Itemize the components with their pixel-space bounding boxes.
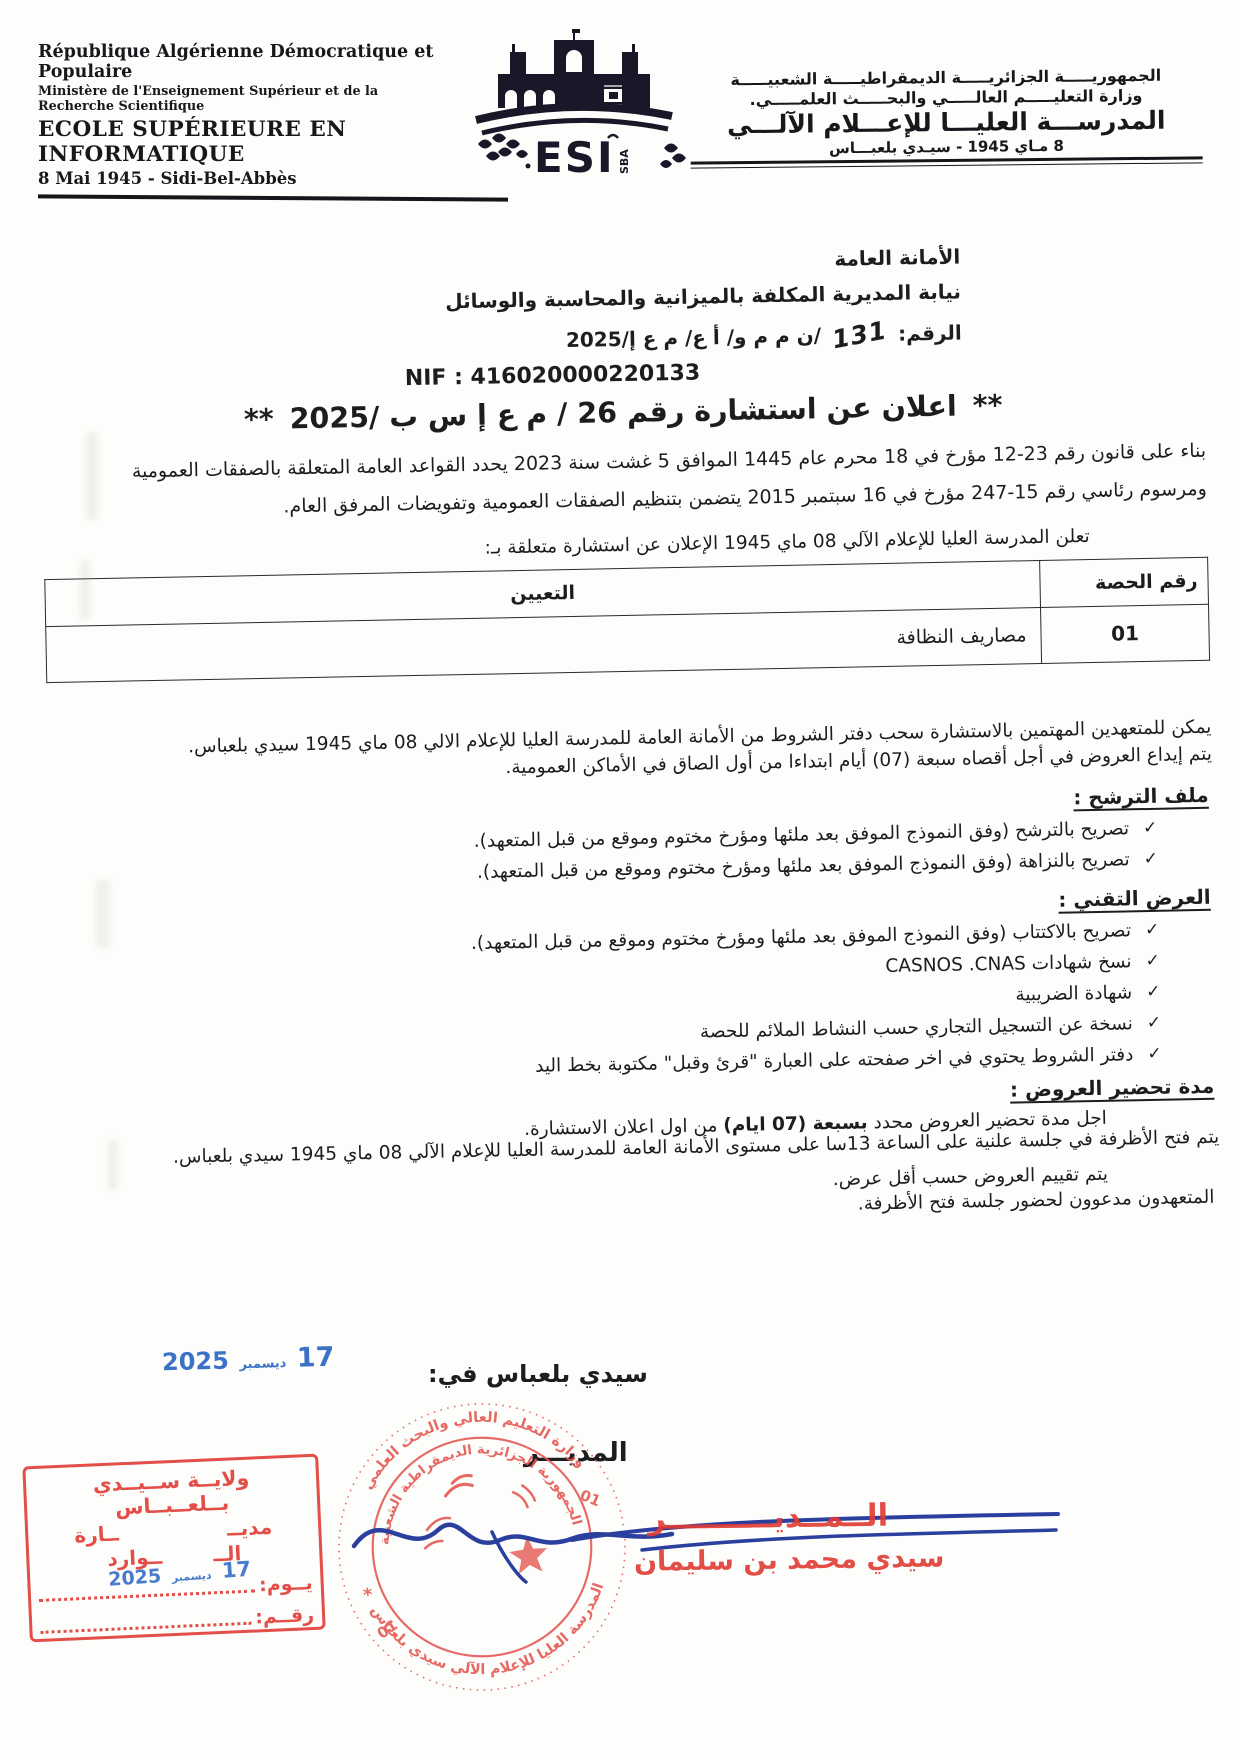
scan-noise [96, 880, 110, 948]
esi-sba-label: SBA [618, 149, 631, 174]
svg-text:المدرسة العليا للإعلام الآلي س: المدرسة العليا للإعلام الآلي سيدي بلعباس [367, 1579, 616, 1690]
check-icon: ✓ [1145, 951, 1160, 971]
check-icon: ✓ [1147, 1013, 1162, 1033]
header-divider-right [691, 156, 1203, 168]
stamp-ring-bottom-text: المدرسة العليا للإعلام الآلي سيدي بلعباس [367, 1579, 616, 1690]
prep-line1-bold: بسبعة (07 ايام) [723, 1112, 868, 1136]
director-stamp-title: الــمــديــــــــــر [648, 1495, 1078, 1537]
arrival-stamp-day-row: يــوم: 17 ديسمبر 2025 [38, 1572, 313, 1606]
technical-item-4: نسخة عن التسجيل التجاري حسب النشاط الملا… [700, 1013, 1133, 1042]
scan-noise [86, 432, 98, 520]
technical-item-5: دفتر الشروط يحتوي في اخر صفحته على العبا… [535, 1044, 1134, 1076]
legal-intro: بناء على قانون رقم 23-12 مؤرخ في 18 محرم… [42, 432, 1207, 530]
esi-logo: ESI SBA [458, 26, 690, 178]
wilaya-arrival-stamp: ولايــة ســيــدي بــلعــبــاس مديــ ــار… [22, 1454, 325, 1643]
arrival-date-month: ديسمبر [167, 1568, 215, 1584]
arrival-date-day: 17 [221, 1557, 252, 1583]
number-label: رقــم: [255, 1604, 315, 1629]
school-name-ar: المدرســـة العليـــا للإعـــلام الآلـــي [690, 105, 1202, 139]
title-text: اعلان عن استشارة رقم 26 / م ع إ س ب /202… [289, 389, 957, 435]
arrival-date-year: 2025 [108, 1565, 162, 1591]
check-icon: ✓ [1146, 982, 1161, 1002]
arrival-stamp-number-row: رقــم: [40, 1604, 315, 1638]
check-icon: ✓ [1143, 849, 1158, 869]
republic-line-fr: République Algérienne Démocratique et Po… [38, 42, 458, 82]
lots-table: رقم الحصة التعيين 01 مصاريف النظافة [44, 557, 1210, 683]
place-date-label: سيدي بلعباس في: [428, 1360, 648, 1388]
school-city-fr: 8 Mai 1945 - Sidi-Bel-Abbès [38, 169, 458, 188]
candidacy-item-1: تصريح بالترشح (وفق النموذج الموفق بعد مل… [474, 818, 1130, 852]
scan-noise [80, 560, 90, 620]
lot-number-cell: 01 [1041, 604, 1210, 663]
header-arabic-block: الجمهوريـــــة الجزائريـــــة الديمقراطي… [689, 23, 1202, 168]
document-body: الأمانة العامة نيابة المديرية المكلفة با… [38, 235, 1220, 1230]
date-year: 2025 [162, 1347, 230, 1377]
technical-item-2: نسخ شهادات CASNOS .CNAS [885, 951, 1132, 977]
arrival-stamp-line2-start: مديــ [227, 1515, 273, 1541]
esi-logo-graphic: ESI SBA [458, 26, 690, 178]
check-icon: ✓ [1143, 818, 1158, 838]
date-stamp-blue: 17 ديسمبر 2025 [162, 1342, 335, 1378]
technical-item-1: تصريح بالاكتتاب (وفق النموذج الموفق بعد … [471, 920, 1131, 954]
scan-noise [108, 1140, 118, 1190]
check-icon: ✓ [1145, 920, 1160, 940]
document-page: République Algérienne Démocratique et Po… [0, 0, 1240, 1219]
ref-tail: /ن م م و/ أ ع/ م ع إ/2025 [566, 323, 822, 352]
document-header: République Algérienne Démocratique et Po… [38, 26, 1202, 200]
technical-item-3: شهادة الضريبية [1015, 982, 1132, 1005]
title-stars-right: ** [966, 388, 1008, 422]
ref-label: الرقم: [898, 320, 962, 345]
title-stars-left: ** [238, 402, 280, 436]
arrival-stamp-line2-end: ــارة [74, 1521, 120, 1547]
candidacy-item-2: تصريح بالنزاهة (وفق النموذج الموفق بعد م… [477, 849, 1130, 883]
laurel-branch-icon [478, 134, 528, 161]
day-label: يــوم: [259, 1572, 313, 1596]
ministry-line-fr: Ministère de l'Enseignement Supérieur et… [38, 84, 458, 114]
dotted-leader [39, 1589, 255, 1601]
check-icon: ✓ [1147, 1044, 1162, 1064]
ref-number-handwritten: 131 [825, 308, 895, 363]
esi-wordmark: ESI [534, 133, 615, 178]
col-lot-number: رقم الحصة [1040, 557, 1209, 607]
date-day: 17 [296, 1342, 334, 1374]
date-month: ديسمبر [234, 1356, 291, 1372]
director-stamp-name: سيدي محمد بن سليمان [634, 1541, 1024, 1577]
school-name-fr: ECOLE SUPÉRIEURE EN INFORMATIQUE [38, 117, 458, 167]
header-french-block: République Algérienne Démocratique et Po… [38, 26, 458, 200]
meta-block: الأمانة العامة نيابة المديرية المكلفة با… [38, 235, 1204, 371]
header-divider-left [38, 194, 508, 201]
dotted-leader [40, 1622, 251, 1634]
